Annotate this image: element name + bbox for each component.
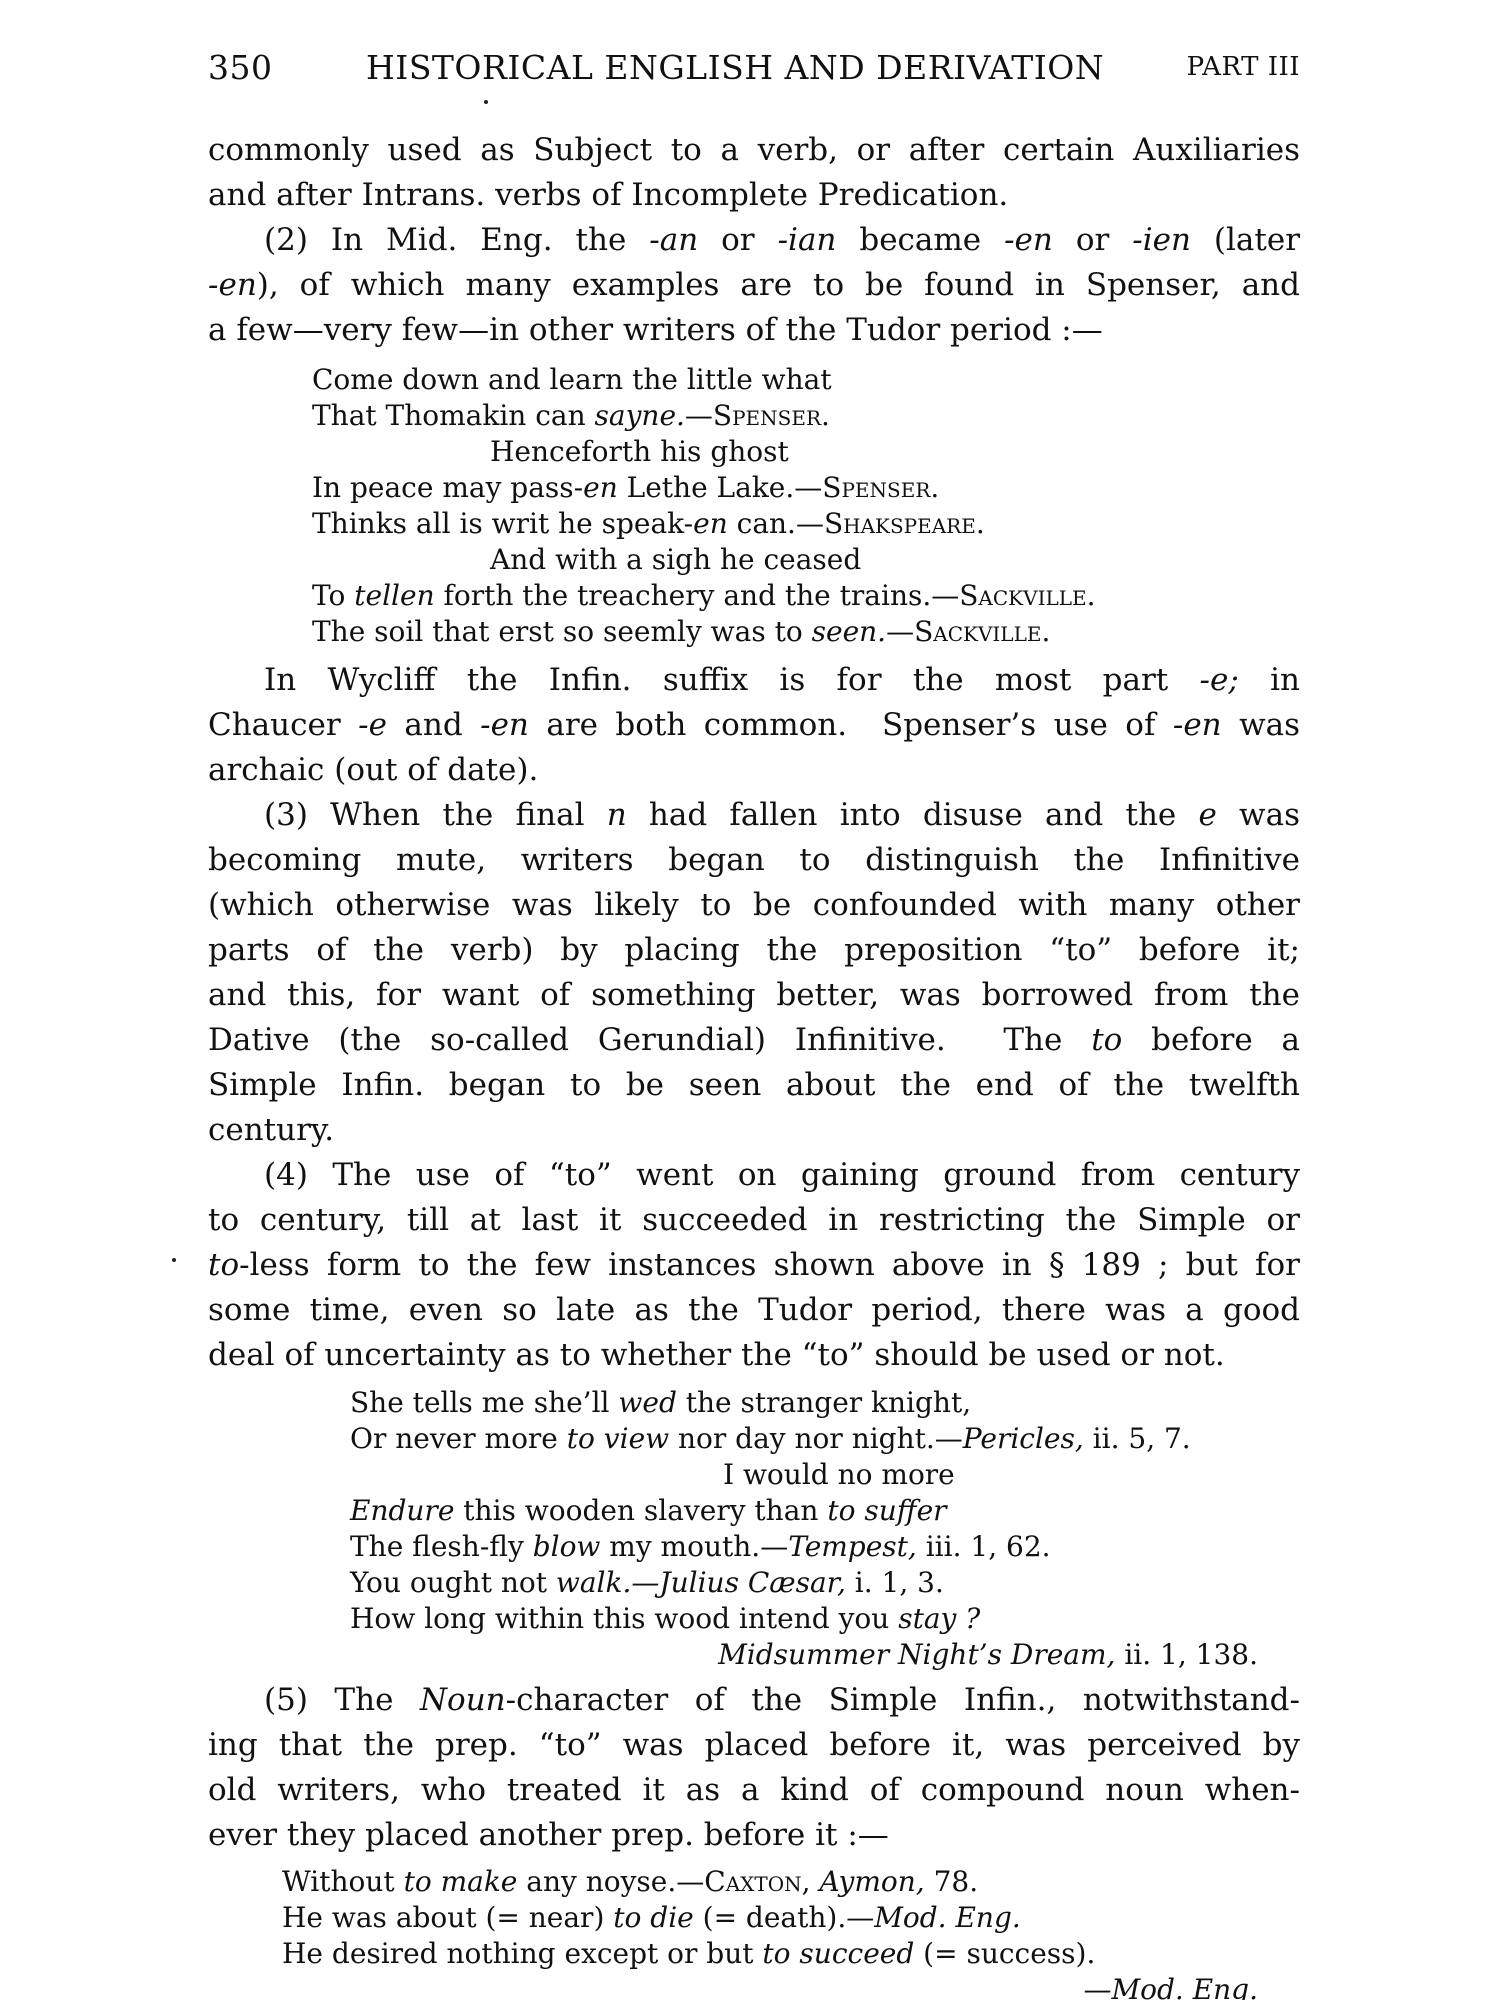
quotation-line: You ought not walk.—Julius Cæsar, i. 1, … bbox=[350, 1565, 944, 1601]
paragraph-line: In Wycliff the Infin. suffix is for the … bbox=[264, 660, 1300, 700]
italic-text: walk.—Julius Cæsar, bbox=[556, 1566, 846, 1599]
paragraph-line: century. bbox=[208, 1110, 1300, 1150]
text-span: To bbox=[312, 579, 354, 612]
text-span: (= success). bbox=[914, 1937, 1095, 1970]
running-title: HISTORICAL ENGLISH AND DERIVATION bbox=[366, 48, 1104, 87]
italic-text: to succeed bbox=[762, 1937, 914, 1970]
paragraph-line: archaic (out of date). bbox=[208, 750, 1300, 790]
text-span: (= death).— bbox=[694, 1901, 874, 1934]
text-span: (2) In Mid. Eng. the bbox=[264, 222, 649, 258]
text-span: 78. bbox=[925, 1865, 978, 1898]
text-span: Or never more bbox=[350, 1422, 567, 1455]
italic-text: -ien bbox=[1132, 222, 1191, 258]
text-span: That Thomakin can bbox=[312, 399, 595, 432]
italic-text: sayne. bbox=[595, 399, 685, 432]
quotation-line: He desired nothing except or but to succ… bbox=[282, 1936, 1095, 1972]
text-span: You ought not bbox=[350, 1566, 556, 1599]
italic-text: en bbox=[693, 507, 728, 540]
text-span: ever they placed another prep. before it… bbox=[208, 1817, 889, 1853]
paragraph-line: (4) The use of “to” went on gaining grou… bbox=[264, 1155, 1300, 1195]
paragraph-line: old writers, who treated it as a kind of… bbox=[208, 1770, 1300, 1810]
italic-text: tellen bbox=[354, 579, 434, 612]
italic-text: -en bbox=[1173, 707, 1222, 743]
text-span: becoming mute, writers began to distingu… bbox=[208, 842, 1300, 878]
page-number: 350 bbox=[208, 48, 273, 87]
text-span: nor day nor night.— bbox=[669, 1422, 963, 1455]
quotation-line: Thinks all is writ he speak-en can.—Shak… bbox=[312, 506, 985, 542]
italic-text: Endure bbox=[350, 1494, 454, 1527]
italic-text: Mod. Eng. bbox=[874, 1901, 1021, 1934]
text-span: became bbox=[836, 222, 1004, 258]
text-span: the stranger knight, bbox=[677, 1386, 971, 1419]
text-span: my mouth.— bbox=[600, 1530, 788, 1563]
text-span: The soil that erst so seemly was to bbox=[312, 615, 812, 648]
paragraph-line: deal of uncertainty as to whether the “t… bbox=[208, 1335, 1300, 1375]
italic-text: en bbox=[583, 471, 618, 504]
text-span: -character of the Simple Infin., notwith… bbox=[506, 1682, 1300, 1718]
italic-text: n bbox=[607, 797, 627, 833]
paragraph-line: ever they placed another prep. before it… bbox=[208, 1815, 1300, 1855]
scan-speck bbox=[484, 100, 488, 104]
paragraph-line: a few—very few—in other writers of the T… bbox=[208, 310, 1300, 350]
text-span: a few—very few—in other writers of the T… bbox=[208, 312, 1103, 348]
scan-speck bbox=[172, 1258, 176, 1262]
paragraph-line: becoming mute, writers began to distingu… bbox=[208, 840, 1300, 880]
italic-text: e bbox=[1198, 797, 1216, 833]
text-span: (5) The bbox=[264, 1682, 420, 1718]
italic-text: to suffer bbox=[827, 1494, 946, 1527]
text-span: Dative (the so-called Gerundial) Infinit… bbox=[208, 1022, 1091, 1058]
text-span: -less form to the few instances shown ab… bbox=[239, 1247, 1300, 1283]
quotation-line: She tells me she’ll wed the stranger kni… bbox=[350, 1385, 971, 1421]
text-span: can.— bbox=[728, 507, 824, 540]
italic-text: Tempest, bbox=[788, 1530, 917, 1563]
text-span: Thinks all is writ he speak- bbox=[312, 507, 693, 540]
small-caps-citation: Sackville. bbox=[959, 579, 1095, 612]
italic-text: wed bbox=[618, 1386, 676, 1419]
small-caps-citation: Shakspeare. bbox=[824, 507, 985, 540]
text-span: or bbox=[698, 222, 777, 258]
text-span: deal of uncertainty as to whether the “t… bbox=[208, 1337, 1225, 1373]
text-span: ii. 1, 138. bbox=[1115, 1638, 1258, 1671]
text-span: (4) The use of “to” went on gaining grou… bbox=[264, 1157, 1300, 1193]
text-span: Lethe Lake.— bbox=[618, 471, 823, 504]
italic-text: -an bbox=[649, 222, 698, 258]
quotation-line: In peace may pass-en Lethe Lake.—Spenser… bbox=[312, 470, 939, 506]
italic-text: -e bbox=[358, 707, 387, 743]
text-span: was bbox=[1217, 797, 1300, 833]
paragraph-line: Dative (the so-called Gerundial) Infinit… bbox=[208, 1020, 1300, 1060]
text-span: in bbox=[1239, 662, 1300, 698]
paragraph-line: (2) In Mid. Eng. the -an or -ian became … bbox=[264, 220, 1300, 260]
text-span: ), of which many examples are to be foun… bbox=[257, 267, 1300, 303]
paragraph-line: (which otherwise was likely to be confou… bbox=[208, 885, 1300, 925]
quotation-line: Without to make any noyse.—Caxton, Aymon… bbox=[282, 1864, 978, 1900]
text-span: before a bbox=[1122, 1022, 1300, 1058]
text-span: century. bbox=[208, 1112, 334, 1148]
text-span: ii. 5, 7. bbox=[1084, 1422, 1191, 1455]
text-span: to century, till at last it succeeded in… bbox=[208, 1202, 1300, 1238]
italic-text: -en bbox=[208, 267, 257, 303]
quotation-line: To tellen forth the treachery and the tr… bbox=[312, 578, 1096, 614]
paragraph-line: Simple Infin. began to be seen about the… bbox=[208, 1065, 1300, 1105]
italic-text: stay ? bbox=[898, 1602, 980, 1635]
italic-text: to die bbox=[613, 1901, 693, 1934]
text-span: old writers, who treated it as a kind of… bbox=[208, 1772, 1300, 1808]
quotation-line: The soil that erst so seemly was to seen… bbox=[312, 614, 1050, 650]
small-caps-citation: Sackville. bbox=[914, 615, 1050, 648]
running-header: 350 HISTORICAL ENGLISH AND DERIVATION PA… bbox=[208, 48, 1300, 98]
italic-text: seen. bbox=[812, 615, 886, 648]
text-span: parts of the verb) by placing the prepos… bbox=[208, 932, 1300, 968]
paragraph-line: and this, for want of something better, … bbox=[208, 975, 1300, 1015]
text-span: Come down and learn the little what bbox=[312, 363, 832, 396]
text-span: She tells me she’ll bbox=[350, 1386, 618, 1419]
text-span: i. 1, 3. bbox=[846, 1566, 944, 1599]
text-span: forth the treachery and the trains.— bbox=[435, 579, 960, 612]
quotation-line: That Thomakin can sayne.—Spenser. bbox=[312, 398, 830, 434]
quotation-line: He was about (= near) to die (= death).—… bbox=[282, 1900, 1021, 1936]
text-span: Without bbox=[282, 1865, 404, 1898]
text-span: In peace may pass- bbox=[312, 471, 583, 504]
paragraph-line: to-less form to the few instances shown … bbox=[208, 1245, 1300, 1285]
italic-text: -en bbox=[1004, 222, 1053, 258]
text-span: The flesh-fly bbox=[350, 1530, 533, 1563]
quotation-line: I would no more bbox=[723, 1457, 955, 1493]
quotation-line: How long within this wood intend you sta… bbox=[350, 1601, 980, 1637]
italic-text: Aymon, bbox=[819, 1865, 924, 1898]
paragraph-line: Chaucer -e and -en are both common. Spen… bbox=[208, 705, 1300, 745]
text-span: was bbox=[1222, 707, 1300, 743]
quotation-line: Or never more to view nor day nor night.… bbox=[350, 1421, 1191, 1457]
paragraph-line: to century, till at last it succeeded in… bbox=[208, 1200, 1300, 1240]
text-span: and this, for want of something better, … bbox=[208, 977, 1300, 1013]
text-span: and after Intrans. verbs of Incomplete P… bbox=[208, 177, 1008, 213]
text-span: I would no more bbox=[723, 1458, 955, 1491]
italic-text: —Mod. Eng. bbox=[1083, 1973, 1258, 2000]
quotation-line: Henceforth his ghost bbox=[490, 434, 789, 470]
italic-text: -e; bbox=[1200, 662, 1239, 698]
italic-text: Noun bbox=[420, 1682, 506, 1718]
text-span: Henceforth his ghost bbox=[490, 435, 789, 468]
paragraph-line: commonly used as Subject to a verb, or a… bbox=[208, 130, 1300, 170]
text-span: (which otherwise was likely to be confou… bbox=[208, 887, 1300, 923]
text-span: or bbox=[1053, 222, 1132, 258]
text-span: and bbox=[387, 707, 480, 743]
text-span: any noyse.— bbox=[517, 1865, 704, 1898]
italic-text: blow bbox=[533, 1530, 601, 1563]
quotation-line: The flesh-fly blow my mouth.—Tempest, ii… bbox=[350, 1529, 1051, 1565]
paragraph-line: (5) The Noun-character of the Simple Inf… bbox=[264, 1680, 1300, 1720]
part-label: PART III bbox=[1187, 52, 1300, 82]
text-span: And with a sigh he ceased bbox=[490, 543, 861, 576]
quotation-line: —Mod. Eng. bbox=[1083, 1972, 1258, 2000]
quotation-line: Endure this wooden slavery than to suffe… bbox=[350, 1493, 947, 1529]
text-span: In Wycliff the Infin. suffix is for the … bbox=[264, 662, 1200, 698]
text-span: How long within this wood intend you bbox=[350, 1602, 898, 1635]
italic-text: to view bbox=[567, 1422, 669, 1455]
paragraph-line: (3) When the final n had fallen into dis… bbox=[264, 795, 1300, 835]
small-caps-citation: Spenser. bbox=[822, 471, 939, 504]
paragraph-line: ing that the prep. “to” was placed befor… bbox=[208, 1725, 1300, 1765]
italic-text: -ian bbox=[778, 222, 837, 258]
text-span: He desired nothing except or but bbox=[282, 1937, 762, 1970]
text-span: — bbox=[685, 399, 713, 432]
quotation-line: Midsummer Night’s Dream, ii. 1, 138. bbox=[718, 1637, 1258, 1673]
quotation-line: And with a sigh he ceased bbox=[490, 542, 861, 578]
italic-text: to bbox=[1091, 1022, 1122, 1058]
text-span: Chaucer bbox=[208, 707, 358, 743]
small-caps-citation: Caxton, bbox=[704, 1865, 810, 1898]
italic-text: to bbox=[208, 1247, 239, 1283]
text-span: this wooden slavery than bbox=[454, 1494, 827, 1527]
text-span: Simple Infin. began to be seen about the… bbox=[208, 1067, 1300, 1103]
italic-text: Pericles, bbox=[963, 1422, 1084, 1455]
text-span: (later bbox=[1191, 222, 1300, 258]
text-span: He was about (= near) bbox=[282, 1901, 613, 1934]
text-span: some time, even so late as the Tudor per… bbox=[208, 1292, 1300, 1328]
paragraph-line: -en), of which many examples are to be f… bbox=[208, 265, 1300, 305]
italic-text: -en bbox=[480, 707, 529, 743]
text-span: ing that the prep. “to” was placed befor… bbox=[208, 1727, 1300, 1763]
text-span: had fallen into disuse and the bbox=[627, 797, 1199, 833]
italic-text: to make bbox=[404, 1865, 518, 1898]
book-page: 350 HISTORICAL ENGLISH AND DERIVATION PA… bbox=[0, 0, 1500, 2000]
text-span: — bbox=[886, 615, 914, 648]
text-span: are both common. Spenser’s use of bbox=[529, 707, 1173, 743]
quotation-line: Come down and learn the little what bbox=[312, 362, 832, 398]
paragraph-line: some time, even so late as the Tudor per… bbox=[208, 1290, 1300, 1330]
paragraph-line: parts of the verb) by placing the prepos… bbox=[208, 930, 1300, 970]
small-caps-citation: Spenser. bbox=[713, 399, 830, 432]
paragraph-line: and after Intrans. verbs of Incomplete P… bbox=[208, 175, 1300, 215]
text-span: commonly used as Subject to a verb, or a… bbox=[208, 132, 1300, 168]
italic-text: Midsummer Night’s Dream, bbox=[718, 1638, 1115, 1671]
text-span: (3) When the final bbox=[264, 797, 607, 833]
text-span: archaic (out of date). bbox=[208, 752, 538, 788]
text-span: iii. 1, 62. bbox=[917, 1530, 1051, 1563]
